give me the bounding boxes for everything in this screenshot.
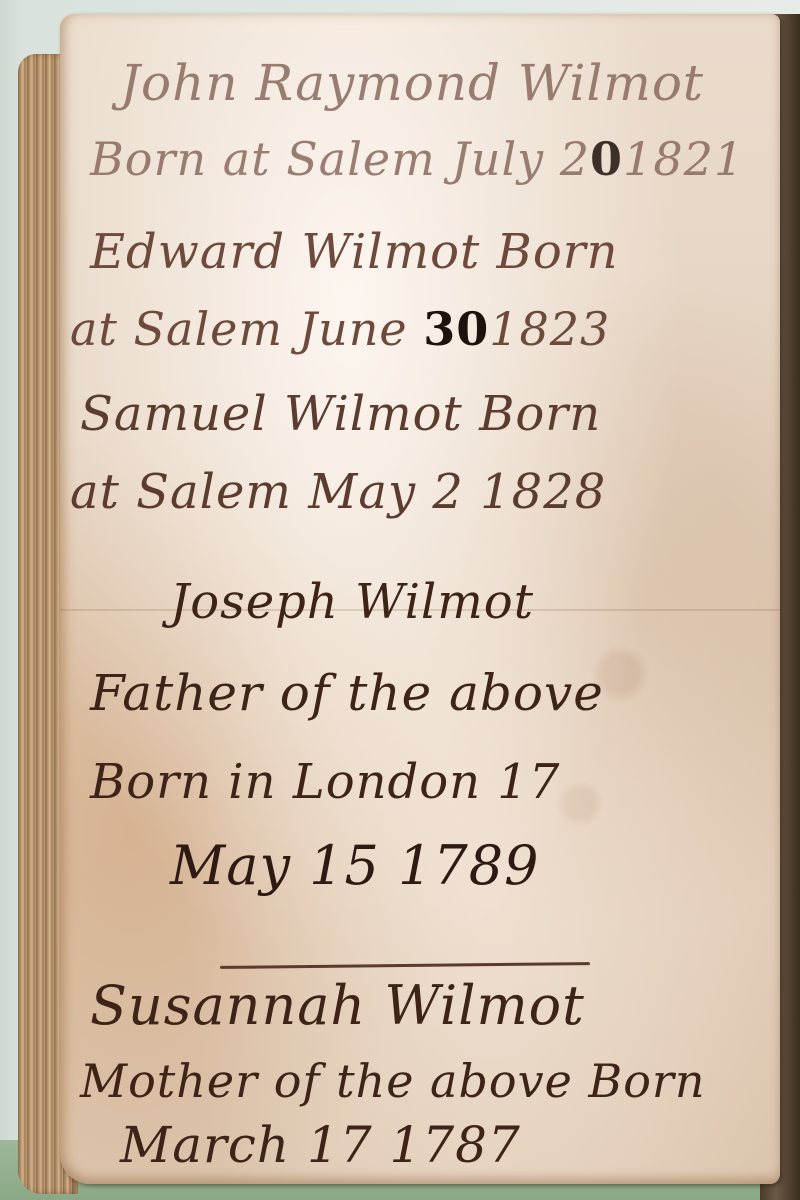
entry-5-date: March 17 1787 (120, 1116, 521, 1174)
entry-2-birth: at Salem June 301823 (70, 302, 610, 356)
entry-3-birth: at Salem May 2 1828 (70, 464, 606, 520)
entry-4-name: Joseph Wilmot (170, 574, 534, 630)
entry-1-name: John Raymond Wilmot (120, 54, 704, 112)
entry-3-name: Samuel Wilmot Born (80, 386, 601, 442)
entry-5-name: Susannah Wilmot (90, 974, 585, 1037)
entry-1-year: 1821 (623, 132, 744, 186)
entry-1-birth-text: Born at Salem July 2 (90, 132, 590, 186)
entry-separator-line (220, 962, 590, 969)
entry-4-relation: Father of the above (90, 664, 604, 722)
entry-2-year: 1823 (489, 302, 610, 356)
book: John Raymond Wilmot Born at Salem July 2… (18, 14, 800, 1200)
entry-4-birthplace: Born in London 17 (90, 754, 560, 810)
entry-1-birth: Born at Salem July 201821 (90, 132, 744, 186)
entry-2-day-overwrite: 30 (423, 302, 489, 356)
entry-4-date: May 15 1789 (170, 834, 539, 897)
record-page: John Raymond Wilmot Born at Salem July 2… (60, 14, 780, 1184)
entry-2-name: Edward Wilmot Born (90, 224, 619, 280)
entry-1-day-overwrite: 0 (590, 132, 623, 186)
entry-5-relation: Mother of the above Born (80, 1054, 706, 1108)
entry-2-birth-text: at Salem June (70, 302, 423, 356)
